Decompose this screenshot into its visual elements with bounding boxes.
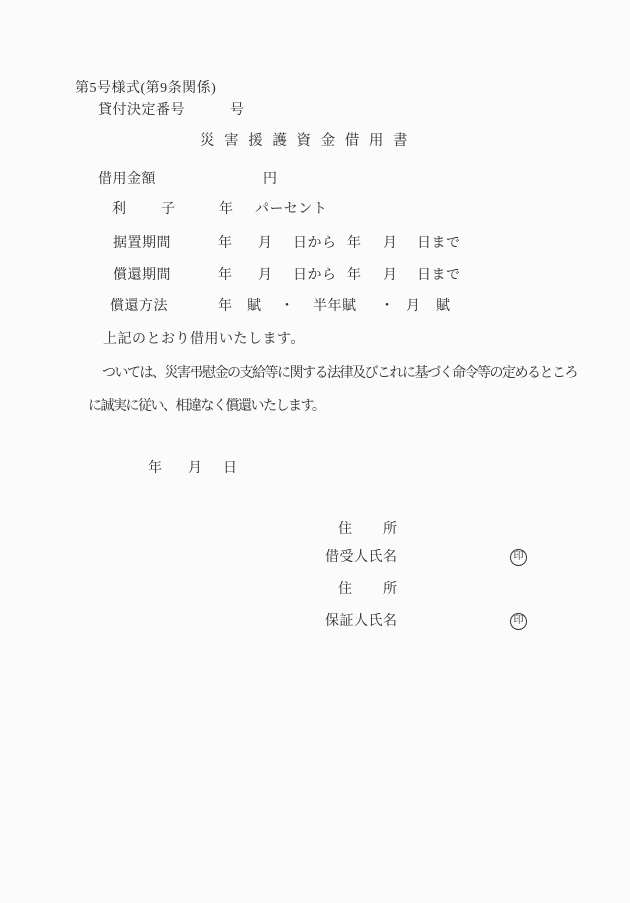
repayment-month-to: 月 bbox=[383, 268, 398, 283]
repayment-day-from: 日から bbox=[293, 268, 337, 283]
repayment-method-separator-2: ・ bbox=[380, 299, 395, 314]
date-day-unit: 日 bbox=[223, 461, 238, 476]
repayment-method-annual-1: 年 bbox=[218, 299, 233, 314]
form-number: 第5号様式(第9条関係) bbox=[75, 81, 216, 96]
deferment-year-to: 年 bbox=[347, 236, 362, 251]
repayment-method-annual-2: 賦 bbox=[247, 299, 262, 314]
repayment-year-from: 年 bbox=[218, 268, 233, 283]
interest-percent-unit: パーセント bbox=[255, 202, 327, 217]
statement-line-2: ついては、災害弔慰金の支給等に関する法律及びこれに基づく命令等の定めるところ bbox=[102, 366, 577, 381]
repayment-year-to: 年 bbox=[347, 268, 362, 283]
statement-line-1: 上記のとおり借用いたします。 bbox=[103, 332, 305, 347]
loan-amount-label: 借用金額 bbox=[98, 172, 156, 187]
repayment-period-label: 償還期間 bbox=[113, 268, 171, 283]
document-page: 第5号様式(第9条関係) 貸付決定番号 号 災 害 援 護 資 金 借 用 書 … bbox=[0, 0, 630, 903]
deferment-day-to: 日まで bbox=[417, 236, 461, 251]
deferment-year-from: 年 bbox=[218, 236, 233, 251]
repayment-month-from: 月 bbox=[258, 268, 273, 283]
document-title: 災 害 援 護 資 金 借 用 書 bbox=[200, 134, 411, 149]
borrower-name-label: 借受人氏名 bbox=[325, 550, 398, 565]
deferment-month-to: 月 bbox=[383, 236, 398, 251]
repayment-day-to: 日まで bbox=[417, 268, 461, 283]
deferment-period-label: 据置期間 bbox=[113, 236, 171, 251]
repayment-method-separator-1: ・ bbox=[280, 299, 295, 314]
interest-label-char2: 子 bbox=[161, 202, 176, 217]
interest-label-char1: 利 bbox=[112, 202, 127, 217]
interest-year-unit: 年 bbox=[219, 202, 234, 217]
statement-line-3: に誠実に従い、相違なく償還いたします。 bbox=[88, 399, 324, 414]
repayment-method-label: 償還方法 bbox=[110, 299, 168, 314]
repayment-method-semiannual: 半年賦 bbox=[313, 299, 357, 314]
repayment-method-monthly-2: 賦 bbox=[436, 299, 451, 314]
loan-decision-number-unit: 号 bbox=[230, 103, 245, 118]
borrower-address-label-char1: 住 bbox=[338, 522, 353, 537]
guarantor-name-label: 保証人氏名 bbox=[325, 614, 398, 629]
deferment-month-from: 月 bbox=[258, 236, 273, 251]
loan-decision-number-label: 貸付決定番号 bbox=[98, 103, 185, 118]
guarantor-address-label-char2: 所 bbox=[383, 582, 398, 597]
guarantor-address-label-char1: 住 bbox=[338, 582, 353, 597]
borrower-seal-mark-icon: 印 bbox=[510, 549, 527, 566]
loan-amount-unit-yen: 円 bbox=[263, 172, 278, 187]
deferment-day-from: 日から bbox=[293, 236, 337, 251]
date-year-unit: 年 bbox=[148, 461, 163, 476]
repayment-method-monthly-1: 月 bbox=[406, 299, 421, 314]
date-month-unit: 月 bbox=[188, 461, 203, 476]
borrower-address-label-char2: 所 bbox=[383, 522, 398, 537]
guarantor-seal-mark-icon: 印 bbox=[510, 613, 527, 630]
